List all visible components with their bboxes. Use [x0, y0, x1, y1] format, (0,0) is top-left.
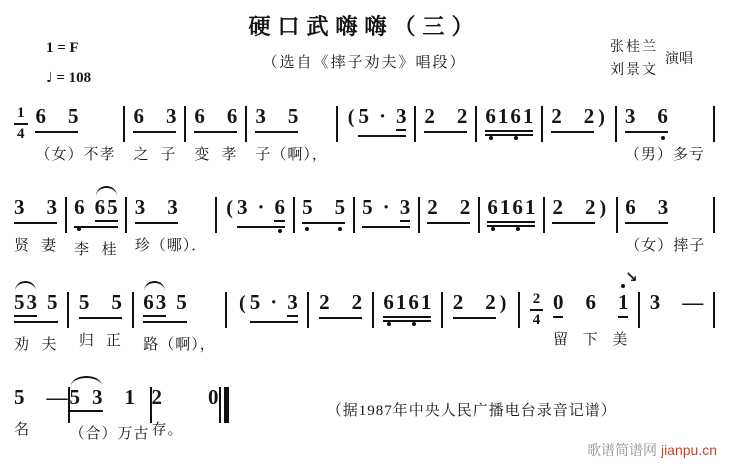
- lyric-syllable: （男）多: [625, 146, 689, 164]
- lyric-syllable: 孝: [221, 146, 237, 164]
- performer-name-1: 张桂兰: [610, 36, 658, 56]
- lyric-syllable: 李: [74, 241, 90, 259]
- note-digit: 6: [95, 197, 106, 218]
- measure: 36（男）多亏: [625, 106, 705, 164]
- notes-row: 5—: [14, 387, 68, 408]
- notes-row: 22): [551, 106, 607, 133]
- barline: [543, 197, 545, 233]
- lyrics-row: 之子: [133, 146, 176, 164]
- note-digit: 5: [68, 106, 79, 127]
- score-line: 33贤妻665李桂33珍（哪）．(3·6555·322616122)63（女）摔…: [12, 197, 717, 259]
- lyric-syllable: 贤: [14, 237, 30, 255]
- barline: [475, 106, 477, 142]
- key-tempo-block: 1 = F ♩ = 108: [46, 40, 91, 87]
- note-digit: 5: [79, 292, 90, 313]
- lyrics-row: 路（啊），: [143, 336, 216, 354]
- time-signature: 24: [530, 291, 544, 328]
- lyrics-row: 存。: [152, 421, 219, 439]
- note-digit: 3: [396, 106, 407, 131]
- note-digit: 5: [47, 292, 58, 313]
- note-digit: 1: [421, 292, 432, 313]
- note-group: 3·6: [237, 197, 285, 228]
- duration-dot: ·: [383, 197, 390, 218]
- lyrics-row: （男）多亏: [625, 146, 705, 164]
- barline: [293, 197, 295, 233]
- note-digit: 2: [453, 292, 464, 313]
- measure: 5·3: [362, 197, 410, 228]
- time-signature: 14: [14, 105, 28, 142]
- measure: 66变孝: [194, 106, 237, 164]
- note-digit: 2: [152, 387, 163, 408]
- performers-block: 张桂兰 刘景文 演唱: [610, 36, 693, 79]
- note-digit: 1: [125, 387, 136, 408]
- note-group: 665: [74, 197, 118, 228]
- measure: 3—: [650, 292, 704, 313]
- lyric-syllable: 变: [194, 146, 210, 164]
- lyric-syllable: 珍（哪）．: [135, 237, 208, 255]
- dash-note: —: [47, 387, 68, 408]
- note-group: 6161: [383, 292, 431, 322]
- note-digit: 6: [274, 197, 285, 222]
- lyric-syllable: 妻: [41, 237, 57, 255]
- notes-row: 66: [194, 106, 237, 133]
- duration-dot: ·: [379, 106, 386, 127]
- measure: 55: [302, 197, 345, 224]
- note-digit: 3: [14, 197, 25, 218]
- measure: 6161: [383, 292, 431, 322]
- quarter-note-icon: ♩: [46, 70, 53, 86]
- note-digit: 5: [14, 292, 25, 313]
- lyric-syllable: 桂: [102, 241, 118, 259]
- note-digit: 5: [107, 197, 118, 218]
- measure: 6161: [487, 197, 535, 227]
- performer-role: 演唱: [665, 48, 693, 68]
- note-digit: 6: [227, 106, 238, 127]
- tempo-marking: ♩ = 108: [46, 70, 91, 87]
- lyrics-row: 贤妻: [14, 237, 57, 255]
- lyric-syllable: 子: [160, 146, 176, 164]
- lyrics-row: （女）摔子: [625, 237, 705, 255]
- lyric-syllable: 下: [583, 331, 599, 349]
- notes-row: (5·3: [237, 292, 298, 323]
- note-group: 63: [625, 197, 668, 224]
- notes-row: 3—: [650, 292, 704, 313]
- note-group: 33: [135, 197, 178, 224]
- score-line: 535劝夫55归正635路（啊），(5·322616122)24061↘留下美3…: [12, 292, 717, 354]
- barline: [615, 106, 617, 142]
- note-group: 22: [424, 106, 467, 133]
- lyric-syllable: 子: [689, 237, 705, 255]
- barline: [616, 197, 618, 233]
- note-digit: 5: [335, 197, 346, 218]
- measure: 635路（啊），: [143, 292, 216, 354]
- note-digit: 3: [237, 197, 248, 218]
- measure: 63之子: [133, 106, 176, 164]
- note-group: 6161: [487, 197, 535, 227]
- note-group: 635: [143, 292, 187, 323]
- measure: 22: [319, 292, 362, 319]
- note-group: 35: [255, 106, 298, 133]
- note-digit: 5: [302, 197, 313, 218]
- note-digit: 2: [584, 106, 595, 127]
- note-digit: 6: [143, 292, 154, 313]
- note-digit: 3: [27, 292, 38, 313]
- notes-row: 665: [74, 197, 118, 228]
- note-group: 5·3: [358, 106, 406, 137]
- notes-row: 33: [14, 197, 57, 224]
- note-digit: 6: [133, 106, 144, 127]
- note-group: 66: [194, 106, 237, 133]
- lyric-syllable: 名: [14, 421, 30, 439]
- note-digit: 6: [585, 292, 596, 313]
- note-digit: 3: [47, 197, 58, 218]
- measure: 061↘留下美: [553, 292, 629, 349]
- note-digit: 1: [498, 106, 509, 127]
- note-group: 33: [14, 197, 57, 224]
- score-body: 1465（女）不孝63之子66变孝35子（啊），(5·322616122)36（…: [12, 106, 717, 443]
- parenthesis: ): [596, 107, 607, 127]
- lyric-syllable: 亏: [689, 146, 705, 164]
- parenthesis: ): [498, 293, 509, 313]
- parenthesis: (: [224, 198, 235, 218]
- beamed-slur-group: 63: [143, 292, 166, 317]
- note-digit: 2: [485, 292, 496, 313]
- notes-row: 22): [552, 197, 608, 224]
- time-signature-numerator: 2: [530, 291, 544, 309]
- beamed-slur-group: 53: [70, 387, 103, 412]
- barline: [418, 197, 420, 233]
- score-line: 5—名531（合）万古20存。（据1987年中央人民广播电台录音记谱）: [12, 387, 717, 443]
- note-digit: 2: [457, 106, 468, 127]
- notes-row: 531: [70, 387, 150, 412]
- note-digit: 3: [287, 292, 298, 317]
- note-digit: 5: [70, 387, 81, 408]
- lyric-syllable: 孝: [99, 146, 115, 164]
- barline: [65, 197, 67, 233]
- notes-row: 35: [255, 106, 328, 133]
- note-group: 22: [319, 292, 362, 319]
- parenthesis: (: [237, 293, 248, 313]
- note-digit: 1: [500, 197, 511, 218]
- lyrics-row: （女）不孝: [35, 146, 115, 164]
- note-digit: 6: [657, 106, 668, 127]
- notes-row: 6161: [383, 292, 431, 322]
- note-digit: 2: [552, 197, 563, 218]
- note-digit: 3: [92, 387, 103, 408]
- note-group: 20: [152, 387, 219, 408]
- barline: [336, 106, 338, 142]
- note-digit: 1: [523, 106, 534, 127]
- lyric-syllable: 美: [612, 331, 628, 349]
- note-digit: 5: [288, 106, 299, 127]
- note-digit: 6: [485, 106, 496, 127]
- lyric-syllable: 路（啊），: [143, 336, 216, 354]
- notes-row: 63: [133, 106, 176, 133]
- lyric-syllable: （合）万: [70, 425, 134, 443]
- barline: [713, 197, 715, 233]
- measure: 63（女）摔子: [625, 197, 705, 255]
- notes-row: (5·3: [346, 106, 407, 137]
- lyric-syllable: 归: [79, 332, 95, 350]
- notes-row: 63: [625, 197, 705, 224]
- barline: [638, 292, 640, 328]
- note-digit: 3: [255, 106, 266, 127]
- final-barline: [219, 387, 229, 423]
- note-digit: 3: [400, 197, 411, 222]
- measure: 665李桂: [74, 197, 118, 259]
- measure: 20存。: [152, 387, 219, 439]
- watermark: 歌谱简谱网 jianpu.cn: [587, 440, 717, 460]
- dash-note: —: [682, 292, 703, 313]
- notes-row: 6161: [487, 197, 535, 227]
- note-digit: 6: [625, 197, 636, 218]
- barline: [518, 292, 520, 328]
- measure: 535劝夫: [14, 292, 58, 354]
- duration-dot: ·: [257, 197, 264, 218]
- lyric-syllable: 古: [134, 425, 150, 443]
- note-group: 55: [302, 197, 345, 224]
- beamed-slur-group: 65: [95, 197, 118, 222]
- barline: [372, 292, 374, 328]
- note-digit: 3: [167, 197, 178, 218]
- note-digit: 6: [510, 106, 521, 127]
- lyrics-row: 变孝: [194, 146, 237, 164]
- score-line: 1465（女）不孝63之子66变孝35子（啊），(5·322616122)36（…: [12, 106, 717, 164]
- note-digit: 1↘: [618, 292, 629, 318]
- key-signature: 1 = F: [46, 40, 91, 57]
- measure: 22: [427, 197, 470, 224]
- note-digit: 6: [487, 197, 498, 218]
- performer-names: 张桂兰 刘景文: [610, 36, 658, 79]
- time-signature-numerator: 1: [14, 105, 28, 123]
- barline: [67, 292, 69, 328]
- lyric-syllable: 正: [106, 332, 122, 350]
- parenthesis: ): [597, 198, 608, 218]
- note-group: 36: [625, 106, 668, 133]
- note-digit: 1: [396, 292, 407, 313]
- note-group: 5·3: [250, 292, 298, 323]
- note-digit: 0: [208, 387, 219, 408]
- note-digit: 2: [585, 197, 596, 218]
- note-group: 535: [14, 292, 58, 323]
- measure: (3·6: [224, 197, 285, 228]
- barline: [123, 106, 125, 142]
- note-digit: 2: [427, 197, 438, 218]
- measure: 22): [551, 106, 607, 133]
- notes-row: 535: [14, 292, 58, 323]
- note-group: 22: [551, 106, 594, 133]
- note-group: 22: [427, 197, 470, 224]
- lyrics-row: 留下美: [553, 331, 629, 349]
- barline: [541, 106, 543, 142]
- notes-row: 5·3: [362, 197, 410, 228]
- score-header: 硬口武嗨嗨（三） （选自《摔子劝夫》唱段） 1 = F ♩ = 108 张桂兰 …: [12, 4, 717, 92]
- note-digit: 2: [551, 106, 562, 127]
- note-digit: 3: [156, 292, 167, 313]
- notes-row: 635: [143, 292, 216, 323]
- tempo-value: = 108: [56, 70, 91, 86]
- lyrics-row: 子（啊），: [255, 146, 328, 164]
- notes-row: 22: [424, 106, 467, 133]
- note-group: 5·3: [362, 197, 410, 228]
- notes-row: (3·6: [224, 197, 285, 228]
- lyrics-row: 名: [14, 421, 68, 439]
- source-note: （据1987年中央人民广播电台录音记谱）: [229, 399, 715, 420]
- time-signature-denominator: 4: [14, 123, 28, 143]
- note-digit: 6: [408, 292, 419, 313]
- note-digit: 6: [35, 106, 46, 127]
- note-digit: 5: [362, 197, 373, 218]
- lyric-syllable: （女）不: [35, 146, 99, 164]
- barline: [245, 106, 247, 142]
- measure: 22): [552, 197, 608, 224]
- barline: [713, 292, 715, 328]
- barline: [414, 106, 416, 142]
- note-group: 22: [453, 292, 496, 319]
- note-group: 55: [79, 292, 122, 319]
- notes-row: 55: [302, 197, 345, 224]
- lyric-syllable: 留: [553, 331, 569, 349]
- barline: [184, 106, 186, 142]
- notes-row: 22): [453, 292, 509, 319]
- note-digit: 5: [176, 292, 187, 313]
- measure: 5—名: [14, 387, 68, 439]
- note-digit: 3: [166, 106, 177, 127]
- note-digit: 6: [383, 292, 394, 313]
- lyrics-row: （合）万古: [70, 425, 150, 443]
- beamed-slur-group: 53: [14, 292, 37, 317]
- parenthesis: (: [346, 107, 357, 127]
- note-digit: 3: [650, 292, 661, 313]
- final-barline-thin: [219, 387, 221, 423]
- barline: [132, 292, 134, 328]
- notes-row: 33: [135, 197, 208, 224]
- note-digit: 0: [553, 292, 564, 318]
- note-digit: 3: [658, 197, 669, 218]
- duration-dot: ·: [270, 292, 277, 313]
- lyric-syllable: 之: [133, 146, 149, 164]
- barline: [225, 292, 227, 328]
- measure: 22): [453, 292, 509, 319]
- note-digit: 6: [512, 197, 523, 218]
- barline: [478, 197, 480, 233]
- note-group: 061↘: [553, 292, 629, 318]
- time-signature-denominator: 4: [530, 309, 544, 329]
- notes-row: 36: [625, 106, 705, 133]
- notes-row: 22: [319, 292, 362, 319]
- performer-name-2: 刘景文: [610, 59, 658, 79]
- measure: 22: [424, 106, 467, 133]
- notes-row: 20: [152, 387, 219, 408]
- measure: 33贤妻: [14, 197, 57, 255]
- note-group: 5—: [14, 387, 68, 408]
- measure: 55归正: [79, 292, 122, 350]
- note-digit: 6: [74, 197, 85, 218]
- note-group: 63: [133, 106, 176, 133]
- note-digit: 2: [424, 106, 435, 127]
- notes-row: 55: [79, 292, 122, 319]
- note-digit: 2: [460, 197, 471, 218]
- lyric-syllable: 劝: [14, 336, 30, 354]
- note-digit: 2: [319, 292, 330, 313]
- note-digit: 5: [111, 292, 122, 313]
- lyric-syllable: 子（啊），: [255, 146, 328, 164]
- notes-row: 061↘: [553, 292, 629, 318]
- lyric-syllable: 存。: [152, 421, 184, 439]
- lyrics-row: 珍（哪）．: [135, 237, 208, 255]
- barline: [713, 106, 715, 142]
- note-group: 3—: [650, 292, 704, 313]
- barline: [307, 292, 309, 328]
- measure: 531（合）万古: [70, 387, 150, 443]
- lyrics-row: 劝夫: [14, 336, 58, 354]
- barline: [215, 197, 217, 233]
- note-group: 22: [552, 197, 595, 224]
- watermark-site-link[interactable]: jianpu.cn: [661, 442, 717, 458]
- notes-row: 6161: [485, 106, 533, 136]
- note-digit: 5: [14, 387, 25, 408]
- sheet-music-page: 硬口武嗨嗨（三） （选自《摔子劝夫》唱段） 1 = F ♩ = 108 张桂兰 …: [0, 0, 729, 464]
- note-digit: 3: [625, 106, 636, 127]
- lyric-syllable: （女）摔: [625, 237, 689, 255]
- measure: 33珍（哪）．: [135, 197, 208, 255]
- barline: [353, 197, 355, 233]
- measure: 35子（啊），: [255, 106, 328, 164]
- notes-row: 65: [35, 106, 115, 133]
- note-digit: 5: [250, 292, 261, 313]
- glissando-down-arrow-icon: ↘: [625, 270, 638, 285]
- lyrics-row: 归正: [79, 332, 122, 350]
- note-digit: 1: [525, 197, 536, 218]
- barline: [441, 292, 443, 328]
- note-group: 6161: [485, 106, 533, 136]
- note-digit: 2: [352, 292, 363, 313]
- measure: (5·3: [237, 292, 298, 323]
- note-digit: 6: [194, 106, 205, 127]
- note-group: 65: [35, 106, 78, 133]
- note-digit: 5: [358, 106, 369, 127]
- note-digit: 3: [135, 197, 146, 218]
- measure: 65（女）不孝: [35, 106, 115, 164]
- watermark-site-name: 歌谱简谱网: [587, 442, 657, 458]
- note-group: 531: [70, 387, 136, 412]
- lyric-syllable: 夫: [41, 336, 57, 354]
- measure: (5·3: [346, 106, 407, 137]
- lyrics-row: 李桂: [74, 241, 118, 259]
- barline: [125, 197, 127, 233]
- notes-row: 22: [427, 197, 470, 224]
- measure: 6161: [485, 106, 533, 136]
